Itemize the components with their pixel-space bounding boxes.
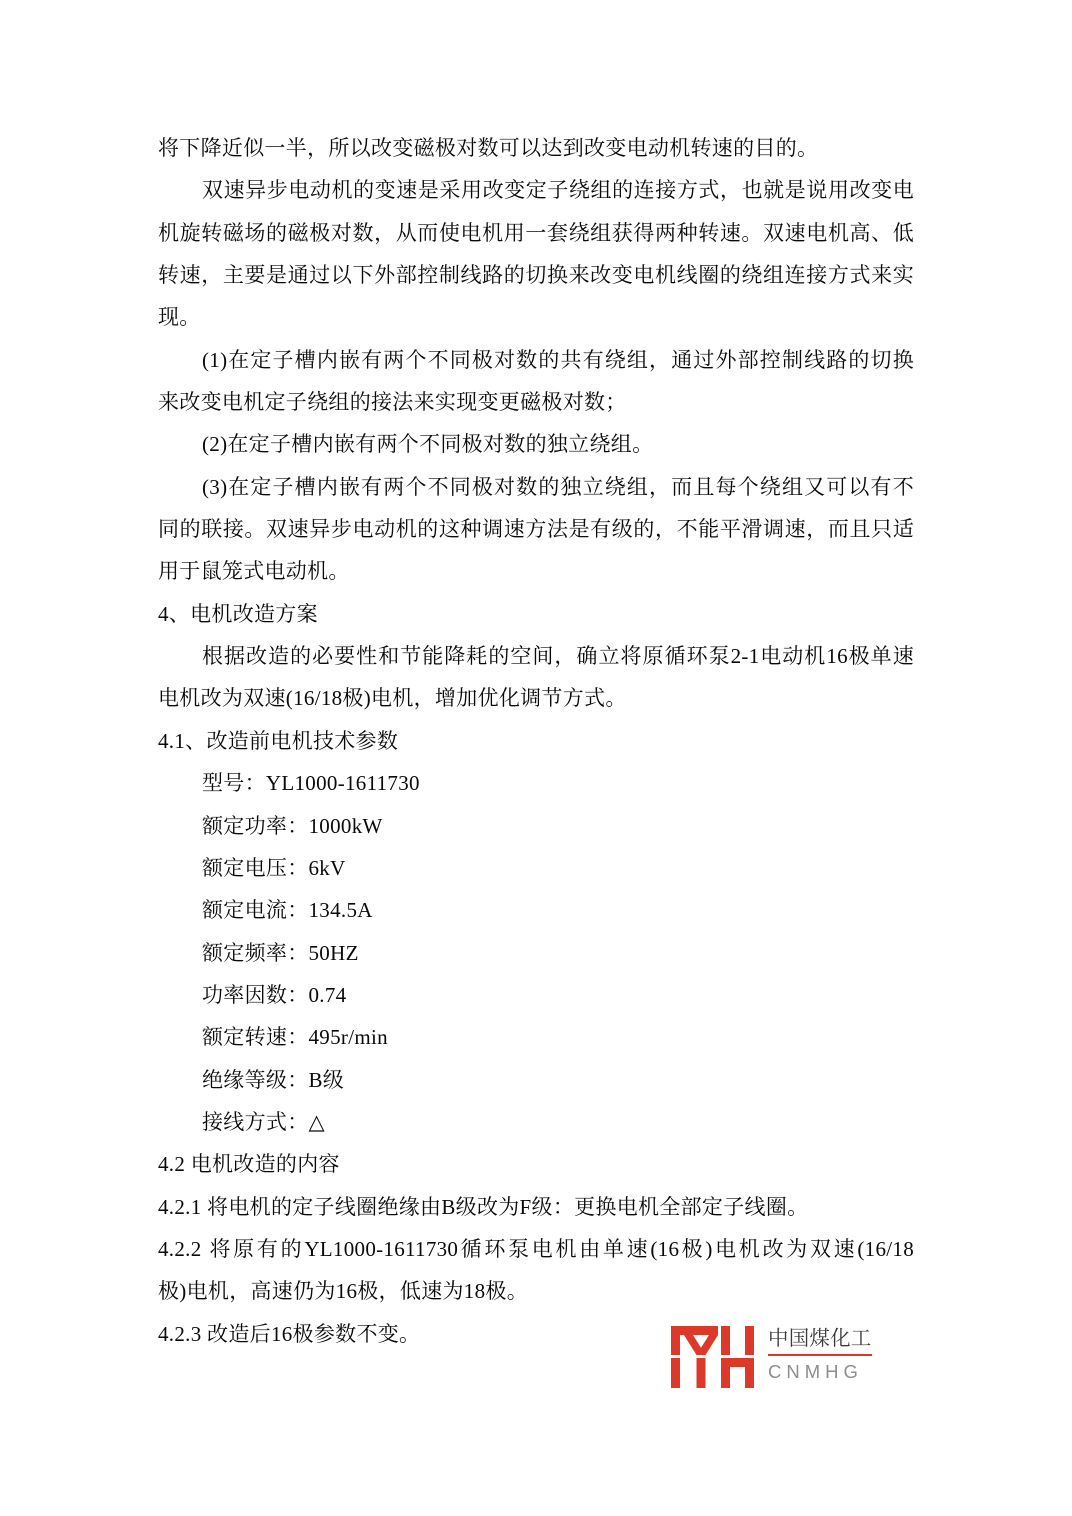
text-line: 额定功率：1000kW (158, 805, 914, 847)
text-line: 转速，主要是通过以下外部控制线路的切换来改变电机线圈的绕组连接方式来实 (158, 254, 914, 296)
text-line: 型号：YL1000-1611730 (158, 762, 914, 804)
text-line: 来改变电机定子绕组的接法来实现变更磁极对数； (158, 381, 914, 423)
text-line: 现。 (158, 296, 914, 338)
text-line: 4.1、改造前电机技术参数 (158, 720, 914, 762)
text-line: 额定转速：495r/min (158, 1016, 914, 1058)
text-line: (3)在定子槽内嵌有两个不同极对数的独立绕组，而且每个绕组又可以有不 (158, 466, 914, 508)
text-line: 额定电流：134.5A (158, 889, 914, 931)
text-line: 4.2.1 将电机的定子线圈绝缘由B级改为F级：更换电机全部定子线圈。 (158, 1186, 914, 1228)
text-line: 将下降近似一半，所以改变磁极对数可以达到改变电动机转速的目的。 (158, 127, 914, 169)
logo-text-column: 中国煤化工 CNMHG (768, 1326, 872, 1382)
cnmhg-logo: 中国煤化工 CNMHG (671, 1326, 872, 1388)
text-line: 绝缘等级：B级 (158, 1059, 914, 1101)
text-line: (1)在定子槽内嵌有两个不同极对数的共有绕组，通过外部控制线路的切换 (158, 339, 914, 381)
text-line: 同的联接。双速异步电动机的这种调速方法是有级的，不能平滑调速，而且只适 (158, 508, 914, 550)
text-line: 4、电机改造方案 (158, 593, 914, 635)
text-line: 额定频率：50HZ (158, 932, 914, 974)
text-line: 4.2 电机改造的内容 (158, 1143, 914, 1185)
text-line: 额定电压：6kV (158, 847, 914, 889)
text-line: 用于鼠笼式电动机。 (158, 550, 914, 592)
text-line: 接线方式：△ (158, 1101, 914, 1143)
text-line: 机旋转磁场的磁极对数，从而使电机用一套绕组获得两种转速。双速电机高、低 (158, 212, 914, 254)
logo-chinese-name: 中国煤化工 (768, 1326, 872, 1350)
text-line: 电机改为双速(16/18极)电机，增加优化调节方式。 (158, 677, 914, 719)
text-line: (2)在定子槽内嵌有两个不同极对数的独立绕组。 (158, 423, 914, 465)
text-line: 双速异步电动机的变速是采用改变定子绕组的连接方式，也就是说用改变电 (158, 169, 914, 211)
text-line: 功率因数：0.74 (158, 974, 914, 1016)
logo-latin-name: CNMHG (768, 1363, 872, 1382)
document-page: 将下降近似一半，所以改变磁极对数可以达到改变电动机转速的目的。双速异步电动机的变… (0, 0, 1072, 1516)
text-line: 根据改造的必要性和节能降耗的空间，确立将原循环泵2-1电动机16极单速 (158, 635, 914, 677)
logo-underline (768, 1354, 872, 1357)
document-body: 将下降近似一半，所以改变磁极对数可以达到改变电动机转速的目的。双速异步电动机的变… (158, 127, 914, 1355)
text-line: 极)电机，高速仍为16极，低速为18极。 (158, 1270, 914, 1312)
text-line: 4.2.2 将原有的YL1000-1611730循环泵电机由单速(16极)电机改… (158, 1228, 914, 1270)
logo-mark-icon (671, 1326, 754, 1388)
